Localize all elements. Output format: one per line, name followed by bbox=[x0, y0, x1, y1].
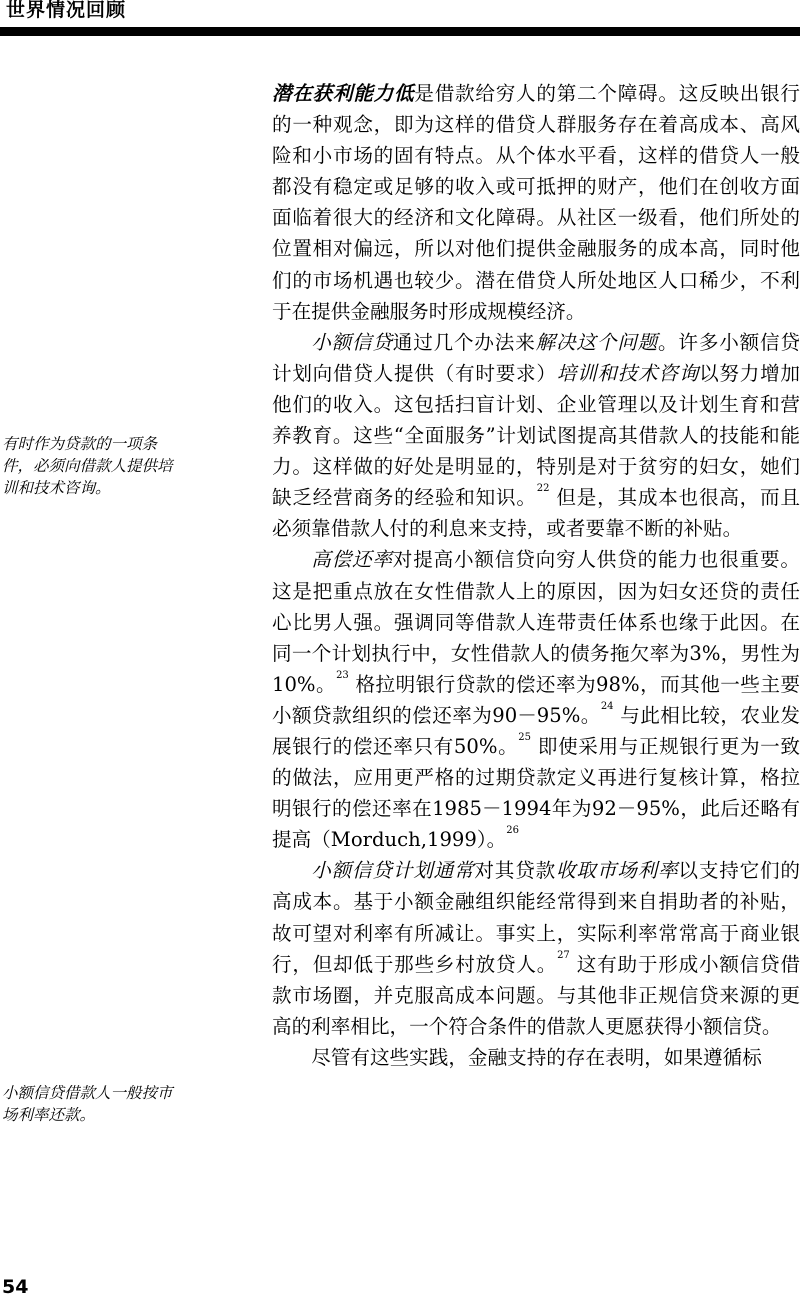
body-text: 潜在获利能力低是借款给穷人的第二个障碍。这反映出银行的一种观念，即为这样的借贷人… bbox=[272, 78, 800, 1073]
footnote-ref-22[interactable]: 22 bbox=[537, 483, 550, 494]
paragraph-text: 是借款给穷人的第二个障碍。这反映出银行的一种观念，即为这样的借贷人群服务存在着高… bbox=[272, 82, 800, 323]
emphasis-high-repayment: 高偿还率 bbox=[311, 548, 393, 571]
page-number: 54 bbox=[2, 1277, 28, 1297]
paragraph-interest-rates: 小额信贷计划通常对其贷款收取市场利率以支持它们的高成本。基于小额金融组织能经常得… bbox=[272, 855, 800, 1042]
paragraph-profitability: 潜在获利能力低是借款给穷人的第二个障碍。这反映出银行的一种观念，即为这样的借贷人… bbox=[272, 78, 800, 327]
emphasis-low-profitability: 潜在获利能力低 bbox=[272, 82, 414, 105]
emphasis-market-rate: 收取市场利率 bbox=[556, 859, 678, 882]
running-header-title: 世界情况回顾 bbox=[6, 0, 126, 21]
header-rule bbox=[0, 27, 800, 36]
margin-note-training: 有时作为贷款的一项条件，必须向借款人提供培训和技术咨询。 bbox=[2, 433, 182, 499]
footnote-ref-26[interactable]: 26 bbox=[506, 825, 519, 836]
paragraph-text: 对其贷款 bbox=[474, 859, 556, 882]
paragraph-repayment: 高偿还率对提高小额信贷向穷人供贷的能力也很重要。这是把重点放在女性借款人上的原因… bbox=[272, 544, 800, 855]
emphasis-training: 培训和技术咨询 bbox=[557, 362, 699, 385]
emphasis-solve-problem: 解决这个问题 bbox=[536, 331, 658, 354]
footnote-ref-27[interactable]: 27 bbox=[557, 950, 570, 961]
footnote-ref-25[interactable]: 25 bbox=[518, 732, 531, 743]
footnote-ref-24[interactable]: 24 bbox=[601, 701, 614, 712]
paragraph-text: 尽管有这些实践，金融支持的存在表明，如果遵循标 bbox=[311, 1046, 762, 1069]
paragraph-solutions: 小额信贷通过几个办法来解决这个问题。许多小额信贷计划向借贷人提供（有时要求）培训… bbox=[272, 327, 800, 545]
emphasis-microcredit: 小额信贷 bbox=[311, 331, 393, 354]
paragraph-continued: 尽管有这些实践，金融支持的存在表明，如果遵循标 bbox=[272, 1042, 800, 1073]
emphasis-programs-usually: 小额信贷计划通常 bbox=[311, 859, 474, 882]
margin-note-market-rate: 小额信贷借款人一般按市场利率还款。 bbox=[2, 1082, 182, 1126]
paragraph-text: 通过几个办法来 bbox=[393, 331, 536, 354]
footnote-ref-23[interactable]: 23 bbox=[336, 670, 349, 681]
